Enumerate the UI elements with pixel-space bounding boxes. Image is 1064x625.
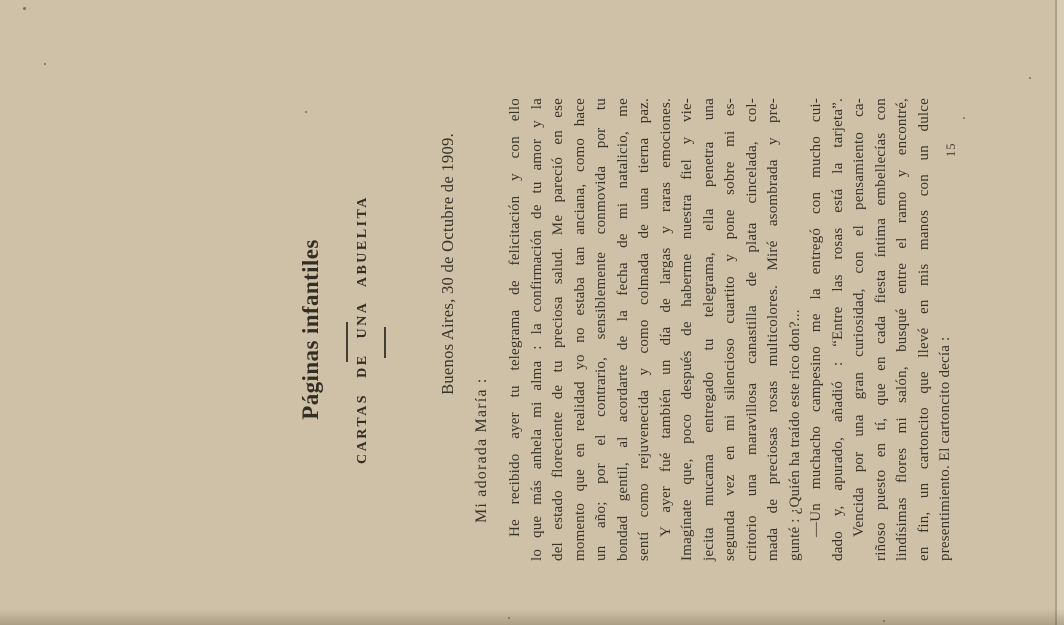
body-line: gunté : ¿Quién ha traído este rico don?.… [785, 98, 807, 561]
book-page: Páginas infantiles CARTAS DE UNA ABUELIT… [0, 0, 1064, 625]
body-line: —Un muchacho campesino me la entregó con… [806, 98, 828, 561]
body-line: un año; por el contrario, sensiblemente … [591, 98, 613, 561]
body-line: lo que más anhela mi alma : la confirmac… [527, 98, 549, 561]
dateline: Buenos Aires, 30 de Octubre de 1909. [438, 133, 458, 395]
paper-speck [963, 117, 965, 119]
paper-speck [1029, 77, 1031, 79]
body-line: Imagínate que, poco después de haberme n… [677, 98, 699, 561]
title-rule [346, 322, 348, 362]
salutation: Mi adorada María : [473, 377, 491, 523]
body-line: del estado floreciente de tu preciosa sa… [548, 98, 570, 561]
body-line: riñoso puesto en tí, que en cada fiesta … [871, 98, 893, 561]
section-heading: CARTAS DE UNA ABUELITA [355, 98, 371, 561]
paper-speck [23, 7, 26, 10]
paper-speck [508, 617, 510, 619]
body-line: bondad gentil, al acordarte de la fecha … [613, 98, 635, 561]
body-line: jecita mucama entregado tu telegrama, el… [699, 98, 721, 561]
body-line: momento que en realidad yo no estaba tan… [570, 98, 592, 561]
body-line: en fin, un cartoncito que llevé en mis m… [914, 98, 936, 561]
body-line: Vencida por una gran curiosidad, con el … [849, 98, 871, 561]
paper-speck [305, 111, 307, 113]
page-number: 15 [944, 143, 959, 158]
page-edge-highlight [1057, 0, 1064, 625]
body-line: dado y, apurado, añadió : “Entre las ros… [828, 98, 850, 561]
page-edge-shadow [1055, 0, 1057, 625]
body-line: He recibido ayer tu telegrama de felicit… [505, 98, 527, 561]
letter-body: He recibido ayer tu telegrama de felicit… [505, 98, 957, 561]
body-line: Y ayer fué también un día de largas y ra… [656, 98, 678, 561]
chapter-title: Páginas infantiles [298, 98, 324, 561]
body-line: sentí como rejuvenecida y como colmada d… [634, 98, 656, 561]
text-column: Páginas infantiles CARTAS DE UNA ABUELIT… [0, 98, 1064, 561]
body-line: critorio una maravillosa canastilla de p… [742, 98, 764, 561]
scanned-book-page: Páginas infantiles CARTAS DE UNA ABUELIT… [0, 0, 1064, 625]
body-line: mada de preciosas rosas multicolores. Mi… [763, 98, 785, 561]
paper-speck [44, 63, 46, 65]
paper-speck [883, 620, 885, 622]
body-line: lindísimas flores mi salón, busqué entre… [892, 98, 914, 561]
body-line: segunda vez en mi silencioso cuartito y … [720, 98, 742, 561]
body-line: presentimiento. El cartoncito decía : [935, 98, 957, 561]
section-rule [384, 327, 386, 358]
